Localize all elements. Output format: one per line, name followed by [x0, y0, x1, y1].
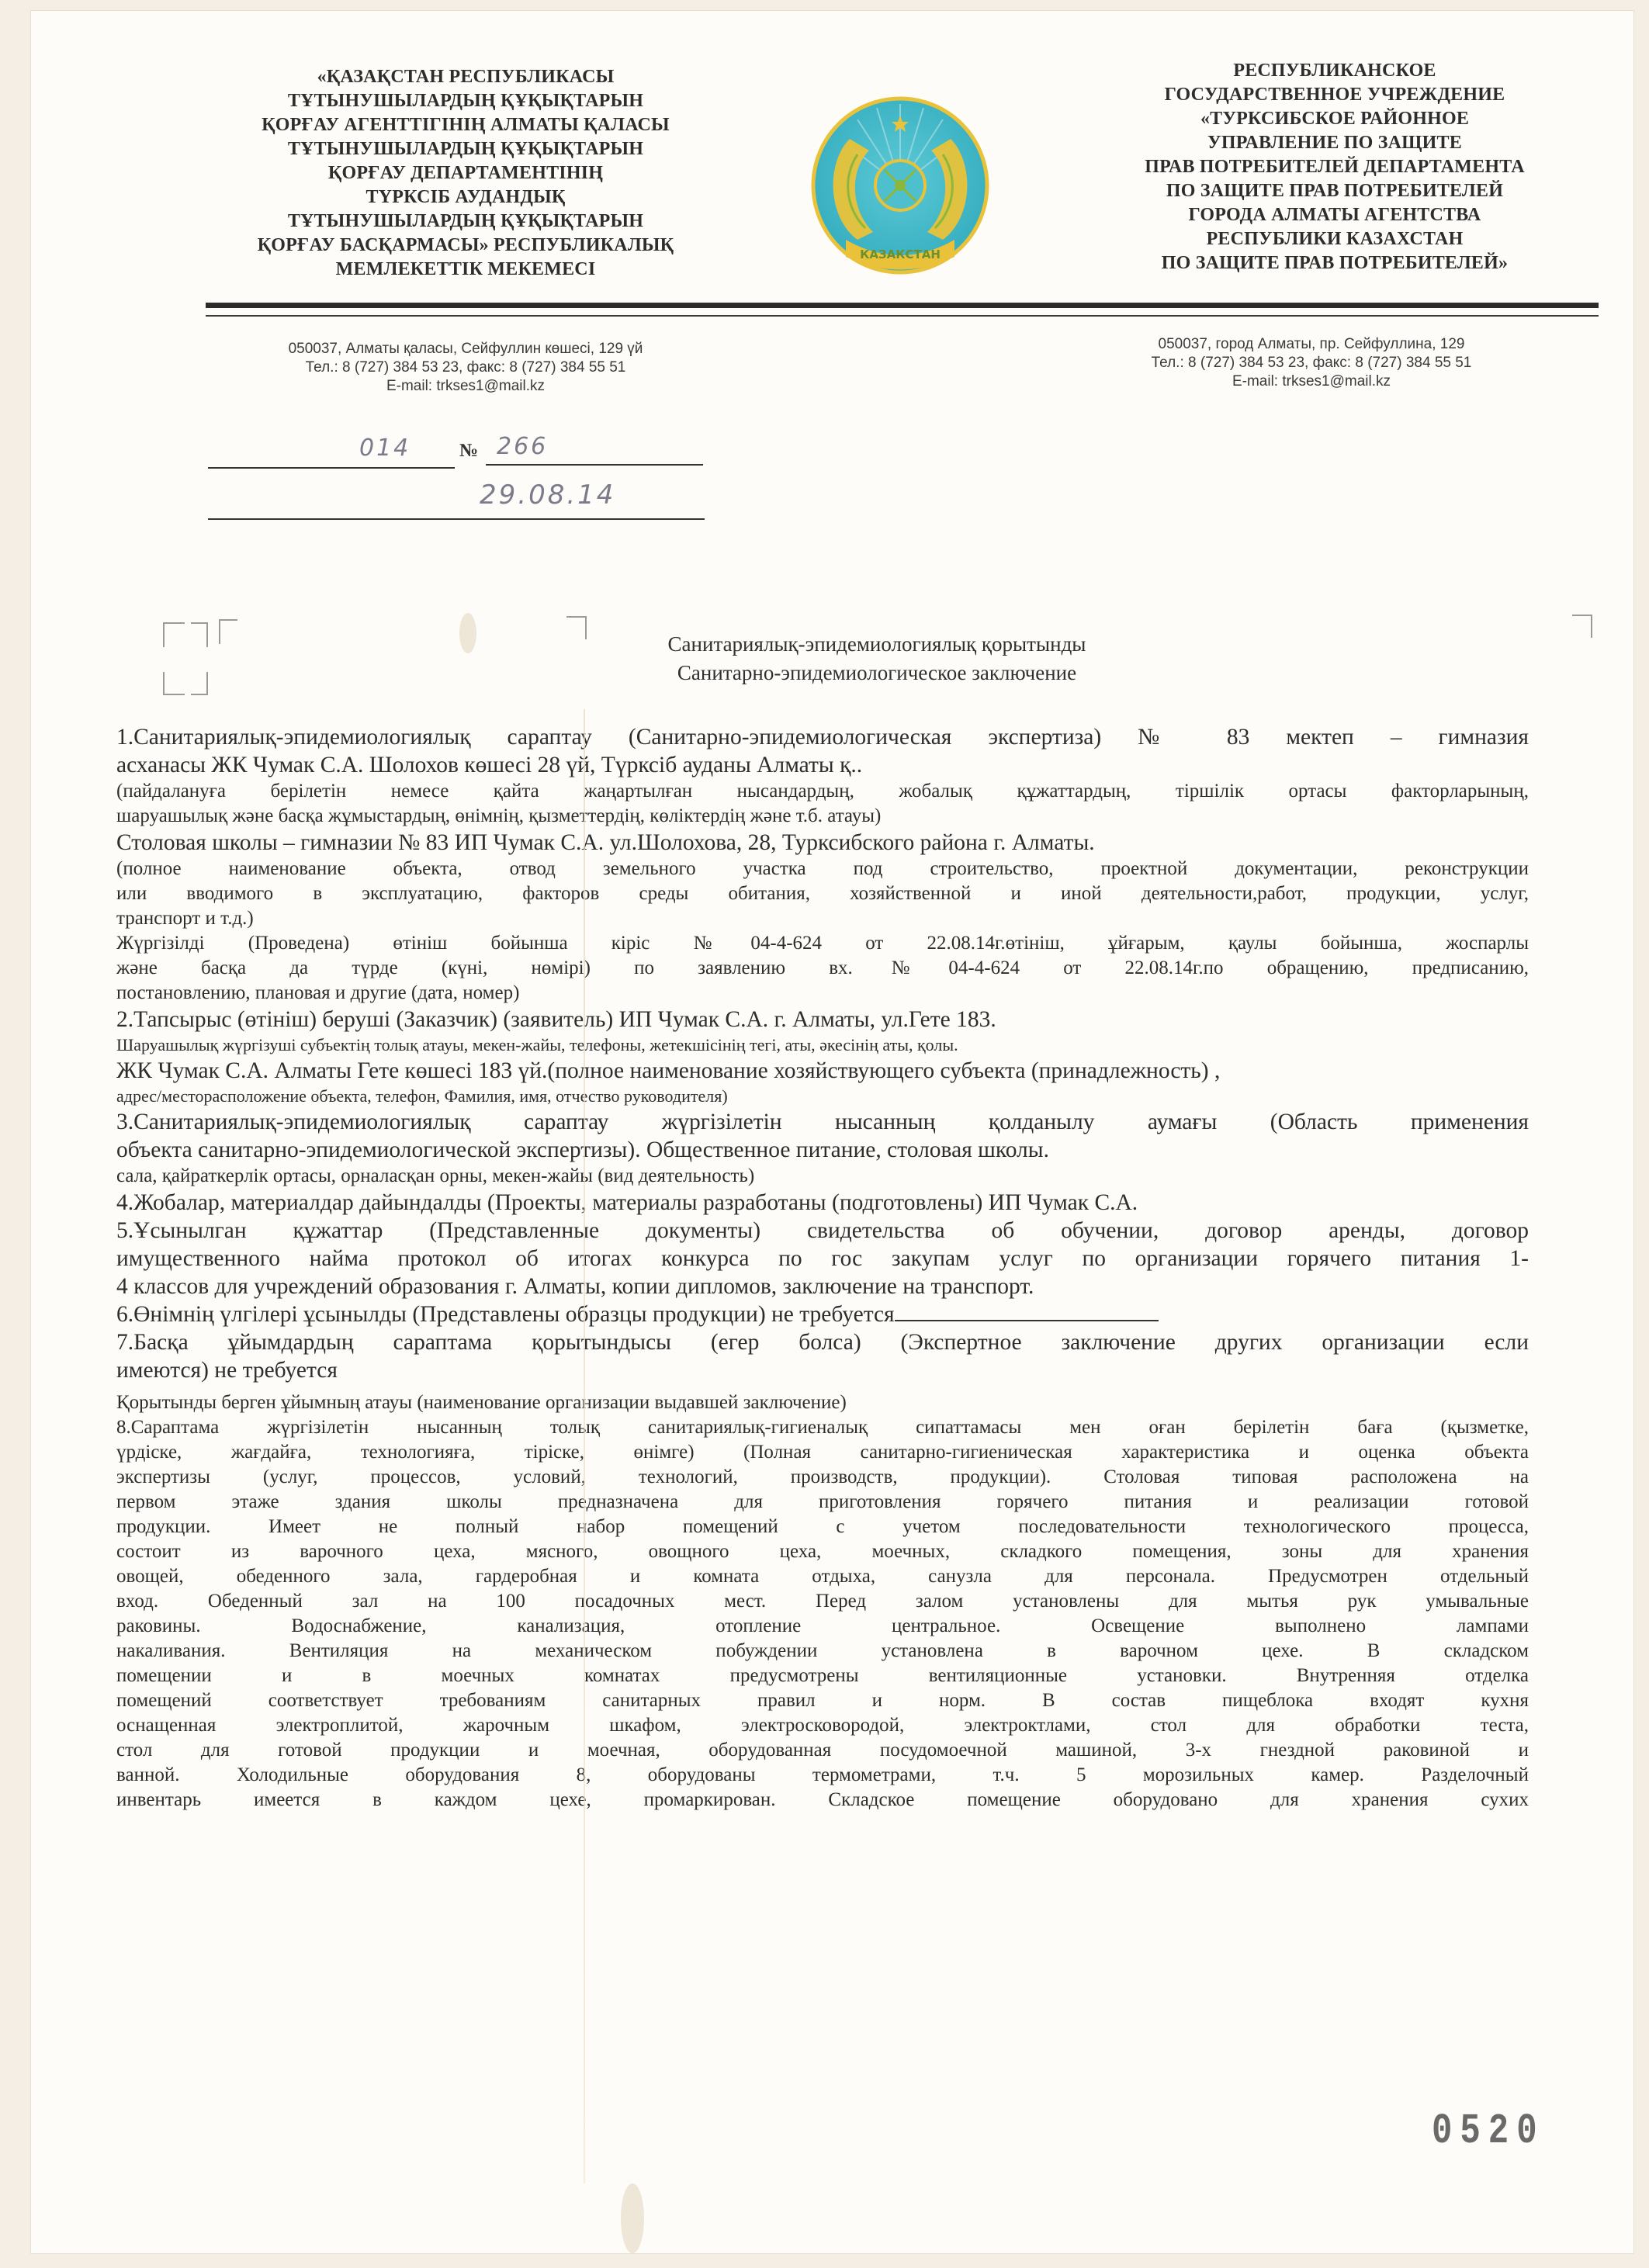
- reg-line: [208, 467, 455, 469]
- org-header-line: ПРАВ ПОТРЕБИТЕЛЕЙ ДЕПАРТАМЕНТА: [1086, 155, 1583, 179]
- address-line: 050037, Алматы қаласы, Сейфуллин көшесі,…: [194, 340, 737, 358]
- body-line: овощей, обеденного зала, гардеробная и к…: [116, 1564, 1529, 1589]
- body-line: транспорт и т.д.): [116, 906, 1529, 931]
- org-header-russian: РЕСПУБЛИКАНСКОЕ ГОСУДАРСТВЕННОЕ УЧРЕЖДЕН…: [1086, 59, 1583, 275]
- body-line: первом этаже здания школы предназначена …: [116, 1490, 1529, 1515]
- org-header-line: «ҚАЗАҚСТАН РЕСПУБЛИКАСЫ: [206, 65, 726, 89]
- org-header-line: ГОСУДАРСТВЕННОЕ УЧРЕЖДЕНИЕ: [1086, 83, 1583, 107]
- body-line: Қорытынды берген ұйымның атауы (наименов…: [116, 1390, 1529, 1415]
- org-header-kazakh: «ҚАЗАҚСТАН РЕСПУБЛИКАСЫ ТҰТЫНУШЫЛАРДЫҢ Қ…: [206, 65, 726, 282]
- org-header-line: ТҰТЫНУШЫЛАРДЫҢ ҚҰҚЫҚТАРЫН: [206, 137, 726, 161]
- page-number-stamp: 0520: [1432, 2107, 1545, 2156]
- paper-crease: [584, 709, 585, 2183]
- body-line: стол для готовой продукции и моечная, об…: [116, 1738, 1529, 1763]
- body-line: шаруашылық және басқа жұмыстардың, өнімн…: [116, 804, 1529, 829]
- body-line: асханасы ЖК Чумак С.А. Шолохов көшесі 28…: [116, 751, 1529, 779]
- kazakhstan-emblem-icon: КАЗАКСТАН: [803, 85, 997, 279]
- body-line: продукции. Имеет не полный набор помещен…: [116, 1515, 1529, 1539]
- body-line: накаливания. Вентиляция на механическом …: [116, 1639, 1529, 1664]
- body-line: 8.Сараптама жүргізілетін нысанның толық …: [116, 1415, 1529, 1440]
- org-header-line: РЕСПУБЛИКАНСКОЕ: [1086, 59, 1583, 83]
- header-divider-thin: [206, 315, 1599, 317]
- body-line: ЖК Чумак С.А. Алматы Гете көшесі 183 үй.…: [116, 1057, 1529, 1085]
- org-header-line: ГОРОДА АЛМАТЫ АГЕНТСТВА: [1086, 203, 1583, 227]
- email-line: E-mail: trkses1@mail.kz: [1063, 372, 1560, 391]
- body-line: және басқа да түрде (күні, нөмірі) по за…: [116, 956, 1529, 981]
- registration-block: 014 № 266 29.08.14: [208, 445, 705, 523]
- org-header-line: «ТУРКСИБСКОЕ РАЙОННОЕ: [1086, 107, 1583, 131]
- paper-stain: [459, 613, 476, 653]
- document-body: 1.Санитариялық-эпидемиологиялық сараптау…: [116, 723, 1529, 1813]
- body-line-text: 6.Өнімнің үлгілері ұсынылды (Представлен…: [116, 1302, 895, 1327]
- handwritten-date: 29.08.14: [480, 480, 615, 511]
- address-line: 050037, город Алматы, пр. Сейфуллина, 12…: [1063, 335, 1560, 354]
- body-line: имеются) не требуется: [116, 1356, 1529, 1384]
- title-russian: Санитарно-эпидемиологическое заключение: [466, 659, 1288, 687]
- body-line: 1.Санитариялық-эпидемиологиялық сараптау…: [116, 723, 1529, 751]
- body-line: үрдіске, жағдайға, технологияға, тіріске…: [116, 1440, 1529, 1465]
- address-kazakh: 050037, Алматы қаласы, Сейфуллин көшесі,…: [194, 340, 737, 396]
- document-page: «ҚАЗАҚСТАН РЕСПУБЛИКАСЫ ТҰТЫНУШЫЛАРДЫҢ Қ…: [31, 11, 1633, 2253]
- body-line: 7.Басқа ұйымдардың сараптама қорытындысы…: [116, 1328, 1529, 1356]
- document-title: Санитариялық-эпидемиологиялық қорытынды …: [466, 630, 1288, 687]
- org-header-line: ТҰТЫНУШЫЛАРДЫҢ ҚҰҚЫҚТАРЫН: [206, 89, 726, 113]
- org-header-line: РЕСПУБЛИКИ КАЗАХСТАН: [1086, 227, 1583, 251]
- body-line: (полное наименование объекта, отвод земе…: [116, 857, 1529, 881]
- number-sign: №: [459, 441, 478, 462]
- body-line: адрес/месторасположение объекта, телефон…: [116, 1085, 1529, 1108]
- body-line: Шаруашылық жүргізуші субъектің толық ата…: [116, 1034, 1529, 1057]
- body-line: инвентарь имеется в каждом цехе, промарк…: [116, 1788, 1529, 1813]
- svg-text:КАЗАКСТАН: КАЗАКСТАН: [860, 248, 941, 261]
- body-line: помещении и в моечных комнатах предусмот…: [116, 1664, 1529, 1688]
- org-header-line: ПО ЗАЩИТЕ ПРАВ ПОТРЕБИТЕЛЕЙ»: [1086, 251, 1583, 275]
- header-divider-thick: [206, 303, 1599, 308]
- org-header-line: ТҮРКСІБ АУДАНДЫҚ: [206, 185, 726, 209]
- body-line: имущественного найма протокол об итогах …: [116, 1245, 1529, 1273]
- body-line: состоит из варочного цеха, мясного, овощ…: [116, 1539, 1529, 1564]
- body-line: 4.Жобалар, материалдар дайындалды (Проек…: [116, 1189, 1529, 1217]
- blank-fill-line: [895, 1301, 1159, 1321]
- body-line: экспертизы (услуг, процессов, условий, т…: [116, 1465, 1529, 1490]
- body-line: Жүргізілді (Проведена) өтініш бойынша кі…: [116, 931, 1529, 956]
- body-line: сала, қайраткерлік ортасы, орналасқан ор…: [116, 1164, 1529, 1189]
- reg-line: [208, 518, 705, 520]
- org-header-line: ҚОРҒАУ АГЕНТТІГІНІҢ АЛМАТЫ ҚАЛАСЫ: [206, 113, 726, 137]
- org-header-line: ҚОРҒАУ БАСҚАРМАСЫ» РЕСПУБЛИКАЛЫҚ: [206, 234, 726, 258]
- email-line: E-mail: trkses1@mail.kz: [194, 377, 737, 396]
- body-line-product-samples: 6.Өнімнің үлгілері ұсынылды (Представлен…: [116, 1300, 1529, 1328]
- body-line: раковины. Водоснабжение, канализация, от…: [116, 1614, 1529, 1639]
- phone-line: Тел.: 8 (727) 384 53 23, факс: 8 (727) 3…: [1063, 354, 1560, 372]
- body-line: Столовая школы – гимназии № 83 ИП Чумак …: [116, 829, 1529, 857]
- org-header-line: ПО ЗАЩИТЕ ПРАВ ПОТРЕБИТЕЛЕЙ: [1086, 179, 1583, 203]
- handwritten-prefix: 014: [359, 435, 411, 462]
- title-kazakh: Санитариялық-эпидемиологиялық қорытынды: [466, 630, 1288, 659]
- phone-line: Тел.: 8 (727) 384 53 23, факс: 8 (727) 3…: [194, 358, 737, 377]
- body-line: или вводимого в эксплуатацию, факторов с…: [116, 881, 1529, 906]
- body-line: 2.Тапсырыс (өтініш) беруші (Заказчик) (з…: [116, 1006, 1529, 1034]
- body-line: 4 классов для учреждений образования г. …: [116, 1273, 1529, 1300]
- reg-line: [486, 464, 703, 466]
- org-header-line: УПРАВЛЕНИЕ ПО ЗАЩИТЕ: [1086, 131, 1583, 155]
- body-line: (пайдалануға берілетін немесе қайта жаңа…: [116, 779, 1529, 804]
- body-line: постановлению, плановая и другие (дата, …: [116, 981, 1529, 1006]
- address-russian: 050037, город Алматы, пр. Сейфуллина, 12…: [1063, 335, 1560, 391]
- body-line: 5.Ұсынылган құжаттар (Представленные док…: [116, 1217, 1529, 1245]
- paper-stain: [621, 2183, 644, 2253]
- body-line: 3.Санитариялық-эпидемиологиялық сараптау…: [116, 1108, 1529, 1136]
- body-line: ванной. Холодильные оборудования 8, обор…: [116, 1763, 1529, 1788]
- body-line: оснащенная электроплитой, жарочным шкафо…: [116, 1713, 1529, 1738]
- org-header-line: МЕМЛЕКЕТТІК МЕКЕМЕСІ: [206, 258, 726, 282]
- body-line: вход. Обеденный зал на 100 посадочных ме…: [116, 1589, 1529, 1614]
- handwritten-number: 266: [497, 433, 548, 460]
- org-header-line: ҚОРҒАУ ДЕПАРТАМЕНТІНІҢ: [206, 161, 726, 185]
- org-header-line: ТҰТЫНУШЫЛАРДЫҢ ҚҰҚЫҚТАРЫН: [206, 209, 726, 234]
- body-line: помещений соответствует требованиям сани…: [116, 1688, 1529, 1713]
- body-line: объекта санитарно-эпидемиологической экс…: [116, 1136, 1529, 1164]
